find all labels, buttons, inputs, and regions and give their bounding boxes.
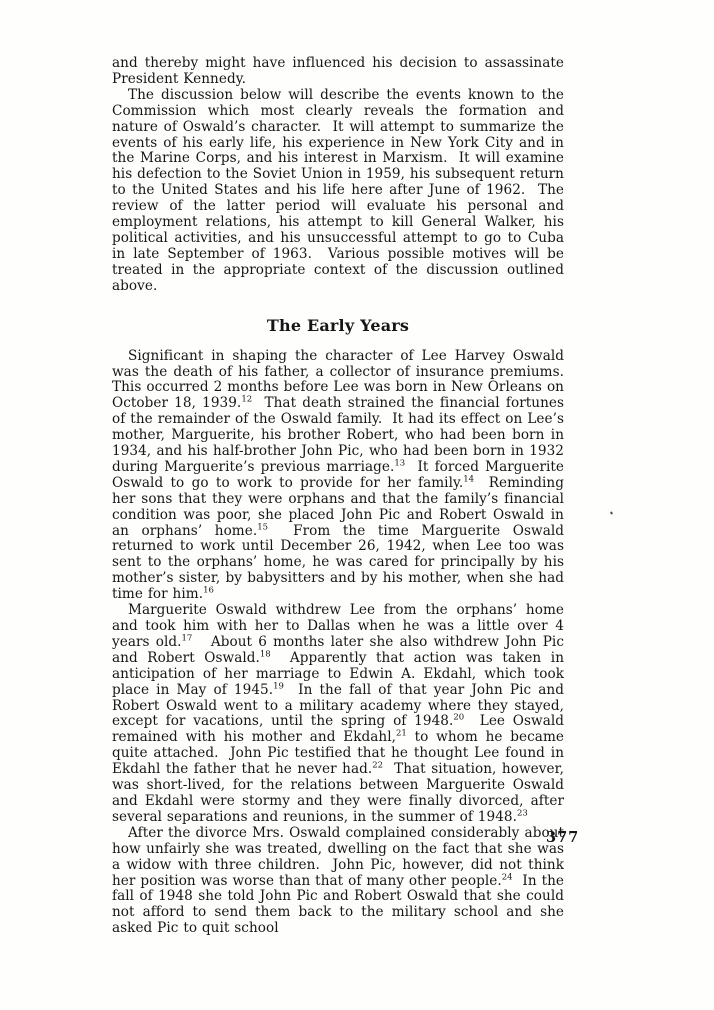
paragraph-father-death: Significant in shaping the character of … [112, 349, 564, 604]
footnote-reference: 23 [517, 808, 528, 818]
footnote-reference: 14 [463, 474, 474, 484]
footnote-reference: 20 [453, 713, 464, 723]
scan-artifact [610, 511, 613, 515]
footnote-reference: 17 [182, 633, 193, 643]
paragraph-after-divorce: After the divorce Mrs. Oswald complained… [112, 826, 564, 937]
footnote-reference: 19 [273, 681, 284, 691]
paragraph-continuation: and thereby might have influenced his de… [112, 56, 564, 88]
text-column: and thereby might have influenced his de… [112, 56, 564, 937]
footnote-reference: 15 [257, 522, 268, 532]
footnote-reference: 16 [203, 586, 214, 596]
section-heading: The Early Years [112, 316, 564, 335]
document-page: and thereby might have influenced his de… [0, 0, 714, 1010]
footnote-reference: 12 [241, 395, 252, 405]
paragraph-discussion-overview: The discussion below will describe the e… [112, 88, 564, 295]
page-number: 377 [546, 829, 579, 846]
paragraph-orphans-home-withdrawal: Marguerite Oswald withdrew Lee from the … [112, 603, 564, 826]
footnote-reference: 21 [396, 729, 407, 739]
footnote-reference: 18 [260, 649, 271, 659]
footnote-reference: 13 [394, 458, 405, 468]
footnote-reference: 22 [372, 761, 383, 771]
footnote-reference: 24 [502, 872, 513, 882]
